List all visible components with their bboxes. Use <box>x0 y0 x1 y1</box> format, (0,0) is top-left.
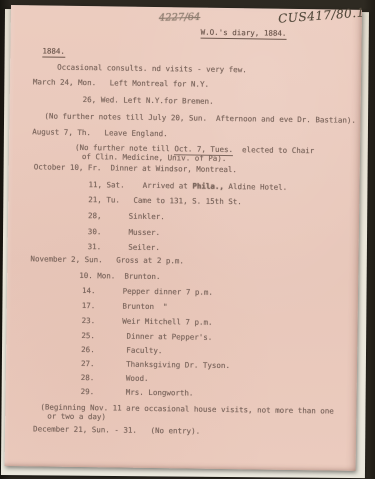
page-title: W.O.'s diary, 1884. <box>201 28 287 40</box>
october-11-suffix: Aldine Hotel. <box>224 182 287 192</box>
entry-november-28: 28. Wood. <box>81 373 149 383</box>
entry-november-10: 10. Mon. Brunton. <box>79 271 160 281</box>
entry-october-30: 30. Musser. <box>88 227 160 237</box>
house-visits-note-line2: or two a day) <box>47 412 106 422</box>
entry-march-26: 26, Wed. Left N.Y.for Bremen. <box>83 95 214 106</box>
entry-november-26: 26. Faculty. <box>81 345 162 355</box>
year-heading-text: 1884. <box>42 46 65 57</box>
entry-november-23: 23. Weir Mitchell 7 p.m. <box>82 316 213 327</box>
crossed-out-catalog-mark: 4227/64 <box>159 12 201 24</box>
entry-october-31: 31. Seiler. <box>88 242 160 252</box>
entry-august-7: August 7, Th. Leave England. <box>32 127 168 138</box>
entry-november-25: 25. Dinner at Pepper's. <box>81 331 212 342</box>
summary-line: Occasional consults. nd visits - very fe… <box>57 63 247 75</box>
entry-october-21: 21, Tu. Came to 131, S. 15th St. <box>88 195 242 206</box>
diary-index-page: 4227/64 CUS417/80.1 W.O.'s diary, 1884. … <box>5 5 362 471</box>
archive-reference: CUS417/80.1 <box>278 5 365 25</box>
entry-july-note: (No further notes till July 20, Sun. Aft… <box>44 111 356 124</box>
entry-november-27: 27. Thanksgiving Dr. Tyson. <box>81 359 230 370</box>
oct-7-note-suffix: elected to Chair <box>233 145 314 155</box>
entry-november-14: 14. Pepper dinner 7 p.m. <box>82 286 213 297</box>
entry-november-17: 17. Brunton " <box>82 301 168 311</box>
entry-march-24: March 24, Mon. Left Montreal for N.Y. <box>33 77 209 88</box>
entry-october-10: October 10, Fr. Dinner at Windsor, Montr… <box>34 162 237 174</box>
october-11-prefix: 11, Sat. Arrived at <box>88 180 192 190</box>
year-heading: 1884. <box>42 46 65 57</box>
entry-november-29: 29. Mrs. Longworth. <box>81 387 194 398</box>
entry-oct-7-note-line2: of Clin. Medicine, Univ. of Pa). <box>82 152 227 163</box>
entry-november-2: November 2, Sun. Gross at 2 p.m. <box>30 254 184 265</box>
page-title-text: W.O.'s diary, 1884. <box>201 28 287 40</box>
october-11-phila-smudge: Phila., <box>192 182 224 191</box>
entry-december-21-31: December 21, Sun. - 31. (No entry). <box>33 424 200 435</box>
entry-october-28: 28, Sinkler. <box>88 211 165 221</box>
entry-october-11: 11, Sat. Arrived at Phila., Aldine Hotel… <box>88 180 287 192</box>
